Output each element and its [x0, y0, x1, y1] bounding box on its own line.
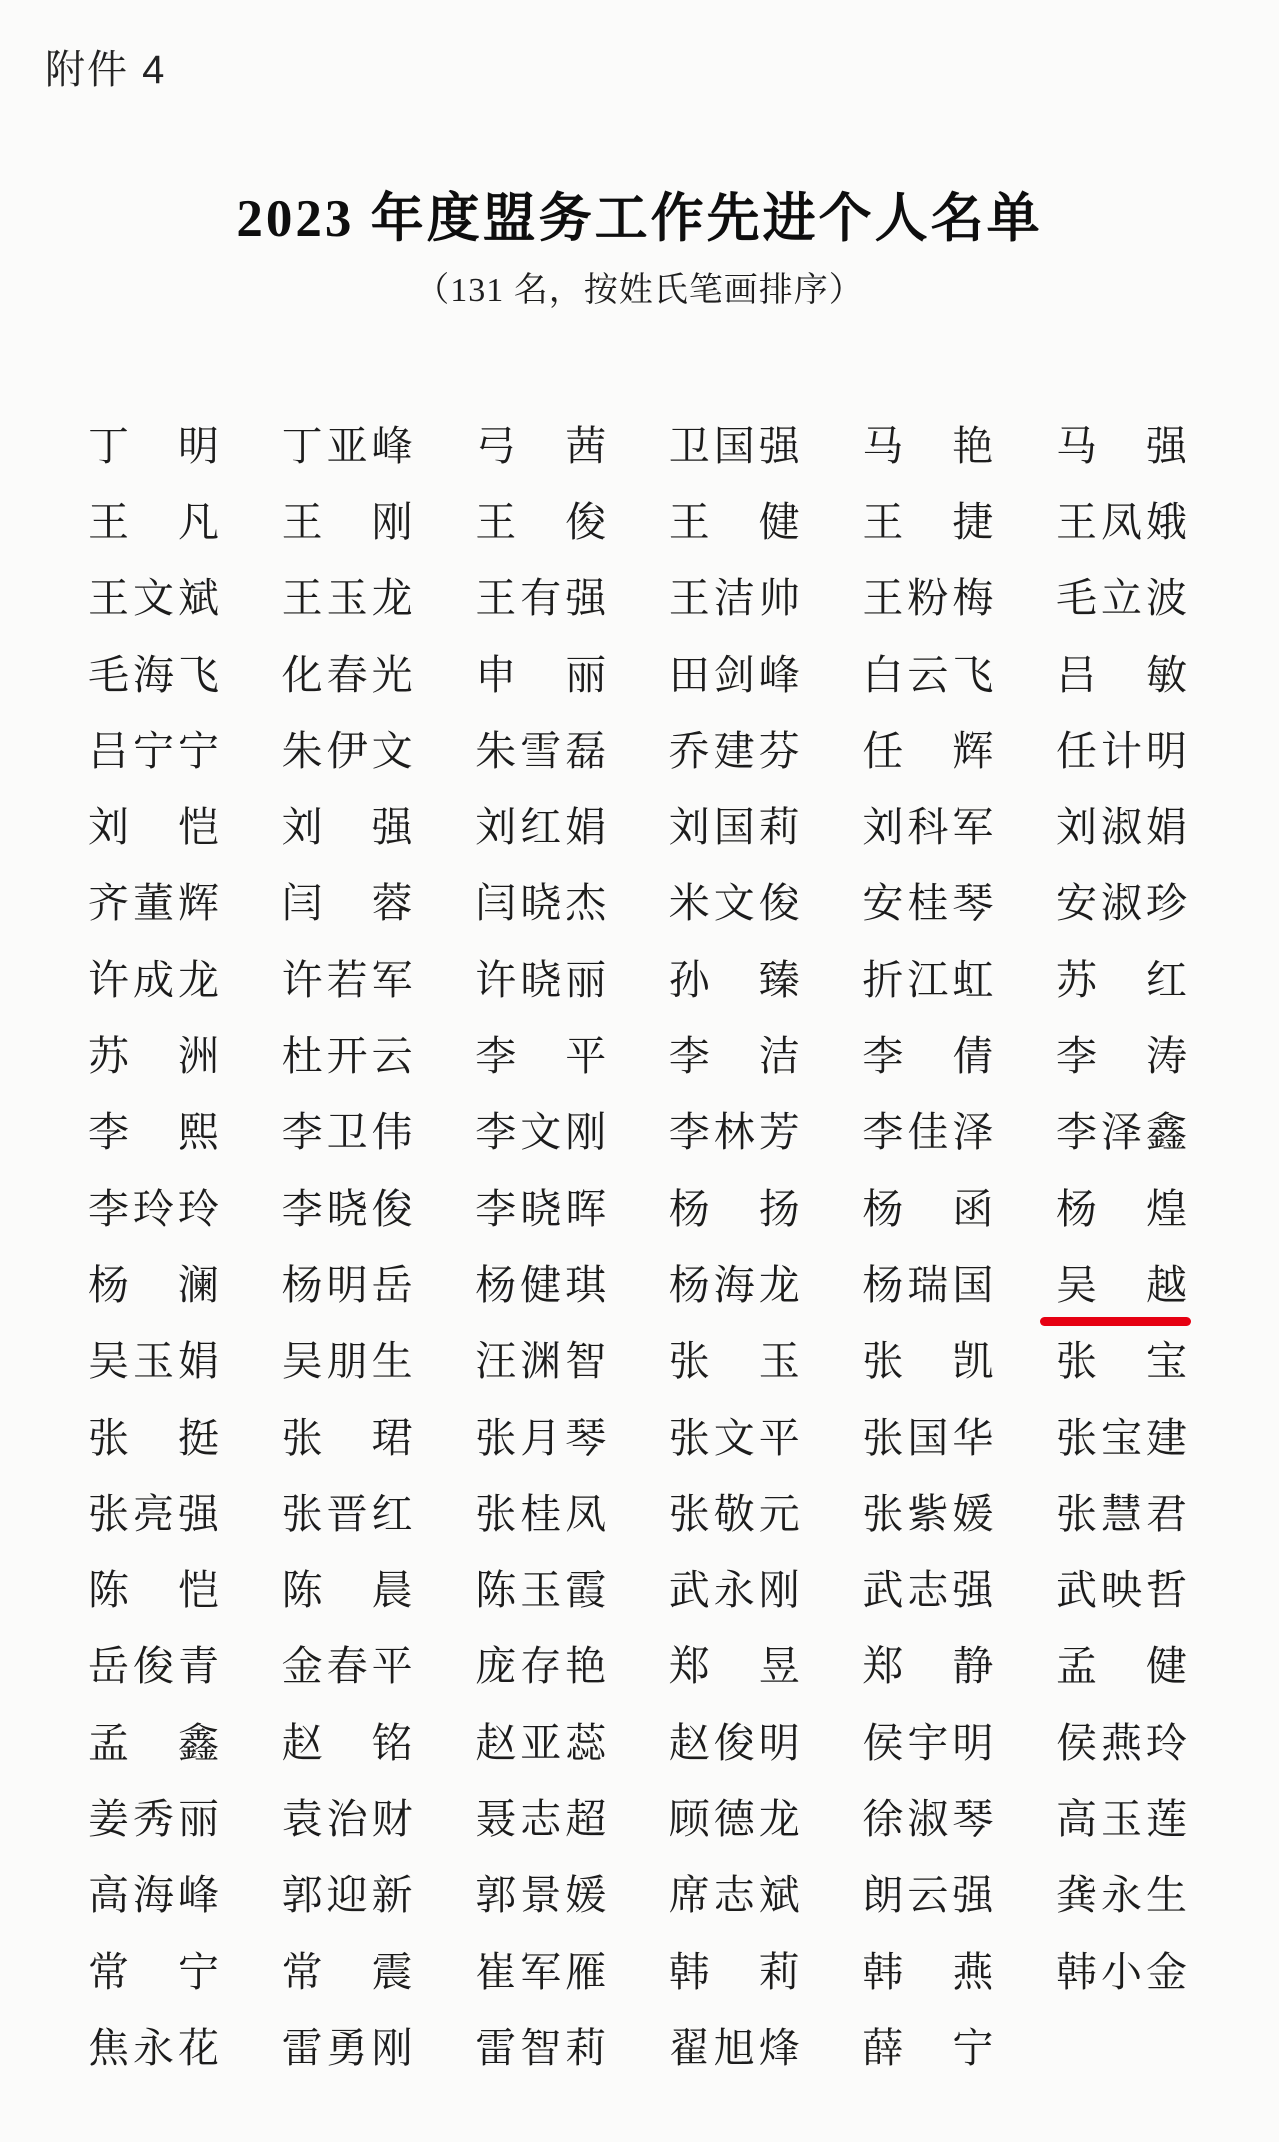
name-cell: 苏红 — [1056, 942, 1187, 1018]
name-cell: 卫国强 — [669, 408, 800, 484]
attachment-label: 附件 4 — [45, 38, 166, 95]
name-cell: 李倩 — [862, 1018, 993, 1094]
name-character: 智 — [520, 2028, 561, 2069]
name-character: 马 — [862, 426, 903, 467]
name-character: 晓 — [520, 883, 561, 924]
name-character: 张 — [1056, 1341, 1097, 1382]
name-character: 越 — [1146, 1265, 1187, 1306]
name-character: 恺 — [178, 807, 219, 848]
name-character: 珺 — [372, 1418, 413, 1459]
name-character: 凡 — [178, 502, 219, 543]
name-cell: 高海峰 — [88, 1858, 219, 1934]
name-cell: 雷勇刚 — [282, 2010, 413, 2086]
name-character: 生 — [372, 1341, 413, 1382]
name-cell: 杨健琪 — [475, 1247, 606, 1323]
name-cell: 张亮强 — [88, 1476, 219, 1552]
name-cell: 任计明 — [1056, 713, 1187, 789]
name-character: 秀 — [133, 1799, 174, 1840]
name-character: 勇 — [327, 2028, 368, 2069]
name-cell: 雷智莉 — [475, 2010, 606, 2086]
name-character: 熙 — [178, 1112, 219, 1153]
name-character: 国 — [907, 1418, 948, 1459]
name-character: 刚 — [372, 502, 413, 543]
name-character: 强 — [952, 1570, 993, 1611]
name-character: 晖 — [565, 1189, 606, 1230]
name-character: 安 — [1056, 883, 1097, 924]
name-character: 孟 — [1056, 1646, 1097, 1687]
name-character: 艳 — [565, 1646, 606, 1687]
name-character: 虹 — [952, 960, 993, 1001]
name-character: 马 — [1056, 426, 1097, 467]
name-cell: 孟鑫 — [88, 1705, 219, 1781]
name-character: 龙 — [759, 1799, 800, 1840]
name-cell: 任辉 — [862, 713, 993, 789]
name-cell: 张紫媛 — [862, 1476, 993, 1552]
name-character: 凯 — [952, 1341, 993, 1382]
name-character: 李 — [1056, 1112, 1097, 1153]
name-character: 金 — [1146, 1952, 1187, 1993]
name-cell: 常震 — [282, 1934, 413, 2010]
name-character: 文 — [133, 578, 174, 619]
name-character: 帅 — [759, 578, 800, 619]
name-character: 朋 — [327, 1341, 368, 1382]
name-character: 任 — [862, 731, 903, 772]
name-character: 志 — [907, 1570, 948, 1611]
name-character: 泽 — [1101, 1112, 1142, 1153]
name-character: 常 — [282, 1952, 323, 1993]
name-character: 杰 — [565, 883, 606, 924]
name-cell: 张玉 — [669, 1324, 800, 1400]
name-character: 亮 — [133, 1494, 174, 1535]
name-character: 张 — [1056, 1494, 1097, 1535]
name-character: 宁 — [133, 731, 174, 772]
name-cell: 毛海飞 — [88, 637, 219, 713]
name-character: 明 — [952, 1723, 993, 1764]
name-character: 霞 — [565, 1570, 606, 1611]
name-character: 琴 — [952, 883, 993, 924]
name-character: 杨 — [88, 1265, 129, 1306]
name-character: 席 — [669, 1875, 710, 1916]
name-character: 许 — [88, 960, 129, 1001]
name-character: 许 — [475, 960, 516, 1001]
name-cell: 马强 — [1056, 408, 1187, 484]
name-character: 艳 — [952, 426, 993, 467]
name-cell: 刘国莉 — [669, 789, 800, 865]
name-cell: 张珺 — [282, 1400, 413, 1476]
name-character: 岳 — [372, 1265, 413, 1306]
name-character: 张 — [282, 1494, 323, 1535]
name-cell: 郑昱 — [669, 1629, 800, 1705]
name-character: 军 — [372, 960, 413, 1001]
name-character: 治 — [327, 1799, 368, 1840]
name-character: 雷 — [282, 2028, 323, 2069]
name-character: 明 — [327, 1265, 368, 1306]
name-character: 闫 — [475, 883, 516, 924]
name-cell: 王健 — [669, 484, 800, 560]
name-cell: 王俊 — [475, 484, 606, 560]
name-character: 李 — [669, 1036, 710, 1077]
name-character: 财 — [372, 1799, 413, 1840]
name-character: 张 — [88, 1418, 129, 1459]
name-character: 岳 — [88, 1646, 129, 1687]
name-cell: 张月琴 — [475, 1400, 606, 1476]
name-cell: 吴朋生 — [282, 1324, 413, 1400]
name-character: 桂 — [907, 883, 948, 924]
name-character: 李 — [475, 1112, 516, 1153]
name-character: 卫 — [669, 426, 710, 467]
name-character: 毛 — [1056, 578, 1097, 619]
name-character: 闫 — [282, 883, 323, 924]
name-character: 亚 — [327, 426, 368, 467]
name-character: 敬 — [714, 1494, 755, 1535]
name-character: 崔 — [475, 1952, 516, 1993]
name-cell: 申丽 — [475, 637, 606, 713]
name-character: 陈 — [475, 1570, 516, 1611]
name-character: 乔 — [669, 731, 710, 772]
name-character: 申 — [475, 655, 516, 696]
name-character: 丁 — [282, 426, 323, 467]
name-character: 玉 — [133, 1341, 174, 1382]
page-subtitle: （131 名，按姓氏笔画排序） — [0, 262, 1279, 311]
name-character: 安 — [862, 883, 903, 924]
name-character: 伟 — [372, 1112, 413, 1153]
name-character: 海 — [133, 655, 174, 696]
name-character: 光 — [372, 655, 413, 696]
name-cell: 毛立波 — [1056, 561, 1187, 637]
name-character: 健 — [1146, 1646, 1187, 1687]
name-character: 淑 — [907, 1799, 948, 1840]
name-character: 杨 — [862, 1189, 903, 1230]
name-character: 志 — [520, 1799, 561, 1840]
name-cell: 乔建芬 — [669, 713, 800, 789]
name-character: 刚 — [565, 1112, 606, 1153]
name-character: 刘 — [475, 807, 516, 848]
name-character: 旭 — [714, 2028, 755, 2069]
name-cell: 杜开云 — [282, 1018, 413, 1094]
name-character: 吴 — [88, 1341, 129, 1382]
name-character: 王 — [669, 502, 710, 543]
name-character: 哲 — [1146, 1570, 1187, 1611]
name-character: 建 — [714, 731, 755, 772]
name-cell: 许晓丽 — [475, 942, 606, 1018]
name-cell: 袁治财 — [282, 1781, 413, 1857]
name-cell: 齐董辉 — [88, 866, 219, 942]
name-character: 渊 — [520, 1341, 561, 1382]
page-title: 2023 年度盟务工作先进个人名单 — [0, 176, 1279, 252]
name-character: 燕 — [952, 1952, 993, 1993]
name-character: 苏 — [1056, 960, 1097, 1001]
name-character: 徐 — [862, 1799, 903, 1840]
name-cell: 刘红娟 — [475, 789, 606, 865]
name-cell: 王凡 — [88, 484, 219, 560]
name-character: 袁 — [282, 1799, 323, 1840]
name-cell: 张桂凤 — [475, 1476, 606, 1552]
name-cell: 张晋红 — [282, 1476, 413, 1552]
name-cell: 王捷 — [862, 484, 993, 560]
name-character: 张 — [862, 1341, 903, 1382]
name-character: 云 — [907, 655, 948, 696]
name-cell: 朗云强 — [862, 1858, 993, 1934]
name-character: 琴 — [565, 1418, 606, 1459]
name-character: 媛 — [565, 1875, 606, 1916]
name-character: 平 — [372, 1646, 413, 1687]
name-character: 琪 — [565, 1265, 606, 1306]
name-cell: 李平 — [475, 1018, 606, 1094]
name-cell: 郑静 — [862, 1629, 993, 1705]
name-character: 陈 — [88, 1570, 129, 1611]
name-character: 许 — [282, 960, 323, 1001]
name-character: 杨 — [862, 1265, 903, 1306]
name-character: 强 — [759, 426, 800, 467]
name-character: 常 — [88, 1952, 129, 1993]
name-character: 李 — [862, 1036, 903, 1077]
name-character: 蕊 — [565, 1723, 606, 1764]
name-character: 红 — [1146, 960, 1187, 1001]
name-character: 丽 — [178, 1799, 219, 1840]
name-character: 华 — [952, 1418, 993, 1459]
name-character: 张 — [282, 1418, 323, 1459]
name-cell: 姜秀丽 — [88, 1781, 219, 1857]
name-character: 剑 — [714, 655, 755, 696]
name-character: 张 — [669, 1418, 710, 1459]
name-cell: 庞存艳 — [475, 1629, 606, 1705]
name-character: 景 — [520, 1875, 561, 1916]
name-cell: 刘淑娟 — [1056, 789, 1187, 865]
name-character: 刚 — [372, 2028, 413, 2069]
name-character: 红 — [372, 1494, 413, 1535]
name-character: 王 — [475, 502, 516, 543]
name-cell: 张敬元 — [669, 1476, 800, 1552]
name-character: 李 — [669, 1112, 710, 1153]
name-character: 德 — [714, 1799, 755, 1840]
name-character: 粉 — [907, 578, 948, 619]
name-character: 明 — [759, 1723, 800, 1764]
name-character: 朱 — [282, 731, 323, 772]
name-cell: 李文刚 — [475, 1095, 606, 1171]
name-character: 慧 — [1101, 1494, 1142, 1535]
name-cell: 高玉莲 — [1056, 1781, 1187, 1857]
name-character: 宝 — [1101, 1418, 1142, 1459]
name-cell: 侯燕玲 — [1056, 1705, 1187, 1781]
name-character: 丽 — [565, 655, 606, 696]
name-character: 宝 — [1146, 1341, 1187, 1382]
name-character: 莲 — [1146, 1799, 1187, 1840]
name-character: 洲 — [178, 1036, 219, 1077]
name-cell: 朱伊文 — [282, 713, 413, 789]
name-character: 海 — [714, 1265, 755, 1306]
name-character: 王 — [669, 578, 710, 619]
name-cell: 崔军雁 — [475, 1934, 606, 2010]
name-character: 金 — [282, 1646, 323, 1687]
name-cell: 张文平 — [669, 1400, 800, 1476]
name-character: 聂 — [475, 1799, 516, 1840]
name-cell: 焦永花 — [88, 2010, 219, 2086]
name-character: 张 — [1056, 1418, 1097, 1459]
name-character: 任 — [1056, 731, 1097, 772]
name-character: 田 — [669, 655, 710, 696]
name-character: 吴 — [282, 1341, 323, 1382]
name-character: 芳 — [759, 1112, 800, 1153]
name-character: 文 — [714, 883, 755, 924]
name-cell: 杨海龙 — [669, 1247, 800, 1323]
name-character: 龙 — [372, 578, 413, 619]
name-character: 震 — [372, 1952, 413, 1993]
name-cell: 杨煌 — [1056, 1171, 1187, 1247]
name-character: 丁 — [88, 426, 129, 467]
name-character: 孟 — [88, 1723, 129, 1764]
name-character: 张 — [862, 1418, 903, 1459]
name-character: 齐 — [88, 883, 129, 924]
name-cell: 闫晓杰 — [475, 866, 606, 942]
name-character: 珍 — [1146, 883, 1187, 924]
name-character: 文 — [520, 1112, 561, 1153]
name-character: 函 — [952, 1189, 993, 1230]
name-character: 李 — [862, 1112, 903, 1153]
name-cell: 张宝建 — [1056, 1400, 1187, 1476]
name-character: 娟 — [178, 1341, 219, 1382]
name-character: 张 — [475, 1418, 516, 1459]
name-character: 茜 — [565, 426, 606, 467]
name-character: 军 — [520, 1952, 561, 1993]
name-cell: 王文斌 — [88, 561, 219, 637]
name-character: 花 — [178, 2028, 219, 2069]
name-cell: 徐淑琴 — [862, 1781, 993, 1857]
name-character: 晋 — [327, 1494, 368, 1535]
name-cell: 闫蓉 — [282, 866, 413, 942]
name-cell: 陈玉霞 — [475, 1552, 606, 1628]
name-cell: 武志强 — [862, 1552, 993, 1628]
name-cell: 吕敏 — [1056, 637, 1187, 713]
name-character: 云 — [372, 1036, 413, 1077]
name-cell: 朱雪磊 — [475, 713, 606, 789]
name-cell: 王刚 — [282, 484, 413, 560]
name-character: 王 — [282, 578, 323, 619]
name-cell: 席志斌 — [669, 1858, 800, 1934]
name-character: 辉 — [178, 883, 219, 924]
name-character: 折 — [862, 960, 903, 1001]
name-character: 白 — [862, 655, 903, 696]
name-cell: 李佳泽 — [862, 1095, 993, 1171]
name-cell: 米文俊 — [669, 866, 800, 942]
name-character: 董 — [133, 883, 174, 924]
name-cell: 李林芳 — [669, 1095, 800, 1171]
name-character: 国 — [952, 1265, 993, 1306]
name-character: 莉 — [759, 807, 800, 848]
name-character: 武 — [862, 1570, 903, 1611]
name-character: 煌 — [1146, 1189, 1187, 1230]
name-cell: 吕宁宁 — [88, 713, 219, 789]
name-character: 国 — [714, 426, 755, 467]
name-cell: 安桂琴 — [862, 866, 993, 942]
name-character: 俊 — [372, 1189, 413, 1230]
name-cell: 吴玉娟 — [88, 1324, 219, 1400]
name-cell: 聂志超 — [475, 1781, 606, 1857]
name-character: 青 — [178, 1646, 219, 1687]
name-character: 辉 — [952, 731, 993, 772]
name-character: 媛 — [952, 1494, 993, 1535]
name-character: 苏 — [88, 1036, 129, 1077]
name-character: 毛 — [88, 655, 129, 696]
name-character: 泽 — [952, 1112, 993, 1153]
name-cell: 韩燕 — [862, 1934, 993, 2010]
name-character: 健 — [759, 502, 800, 543]
name-character: 建 — [1146, 1418, 1187, 1459]
name-character: 磊 — [565, 731, 606, 772]
name-cell: 陈恺 — [88, 1552, 219, 1628]
name-cell: 孙臻 — [669, 942, 800, 1018]
name-cell: 翟旭烽 — [669, 2010, 800, 2086]
name-cell: 李卫伟 — [282, 1095, 413, 1171]
name-character: 张 — [475, 1494, 516, 1535]
name-character: 铭 — [372, 1723, 413, 1764]
name-character: 晨 — [372, 1570, 413, 1611]
name-character: 海 — [133, 1875, 174, 1916]
name-character: 永 — [714, 1570, 755, 1611]
name-cell: 丁亚峰 — [282, 408, 413, 484]
name-character: 迎 — [327, 1875, 368, 1916]
name-character: 宁 — [952, 2028, 993, 2069]
name-cell: 赵铭 — [282, 1705, 413, 1781]
name-character: 云 — [907, 1875, 948, 1916]
name-character: 王 — [282, 502, 323, 543]
name-cell: 杨明岳 — [282, 1247, 413, 1323]
name-character: 昱 — [759, 1646, 800, 1687]
name-cell: 孟健 — [1056, 1629, 1187, 1705]
name-cell: 苏洲 — [88, 1018, 219, 1094]
name-character: 玉 — [1101, 1799, 1142, 1840]
name-cell: 薛宁 — [862, 2010, 993, 2086]
name-cell: 白云飞 — [862, 637, 993, 713]
name-character: 庞 — [475, 1646, 516, 1687]
name-character: 强 — [952, 1875, 993, 1916]
name-character: 亚 — [520, 1723, 561, 1764]
name-character: 元 — [759, 1494, 800, 1535]
name-character: 静 — [952, 1646, 993, 1687]
name-character: 朗 — [862, 1875, 903, 1916]
name-character: 峰 — [372, 426, 413, 467]
name-cell: 安淑珍 — [1056, 866, 1187, 942]
name-character: 永 — [1101, 1875, 1142, 1916]
name-character: 芬 — [759, 731, 800, 772]
name-character: 刘 — [1056, 807, 1097, 848]
name-cell: 丁明 — [88, 408, 219, 484]
name-character: 李 — [475, 1036, 516, 1077]
name-character: 武 — [669, 1570, 710, 1611]
name-character: 杨 — [282, 1265, 323, 1306]
name-character: 倩 — [952, 1036, 993, 1077]
name-character: 鑫 — [1146, 1112, 1187, 1153]
name-character: 李 — [88, 1189, 129, 1230]
name-cell: 武映哲 — [1056, 1552, 1187, 1628]
name-character: 斌 — [759, 1875, 800, 1916]
name-character: 莉 — [565, 2028, 606, 2069]
name-character: 赵 — [669, 1723, 710, 1764]
name-character: 林 — [714, 1112, 755, 1153]
name-character: 立 — [1101, 578, 1142, 619]
name-character: 晓 — [520, 960, 561, 1001]
name-character: 韩 — [1056, 1952, 1097, 1993]
name-character: 李 — [475, 1189, 516, 1230]
name-cell: 田剑峰 — [669, 637, 800, 713]
name-cell: 马艳 — [862, 408, 993, 484]
name-character: 张 — [669, 1341, 710, 1382]
name-character: 俊 — [714, 1723, 755, 1764]
name-character: 龙 — [178, 960, 219, 1001]
name-cell: 郭迎新 — [282, 1858, 413, 1934]
name-character: 晓 — [520, 1189, 561, 1230]
name-character: 平 — [565, 1036, 606, 1077]
name-character: 杨 — [669, 1265, 710, 1306]
